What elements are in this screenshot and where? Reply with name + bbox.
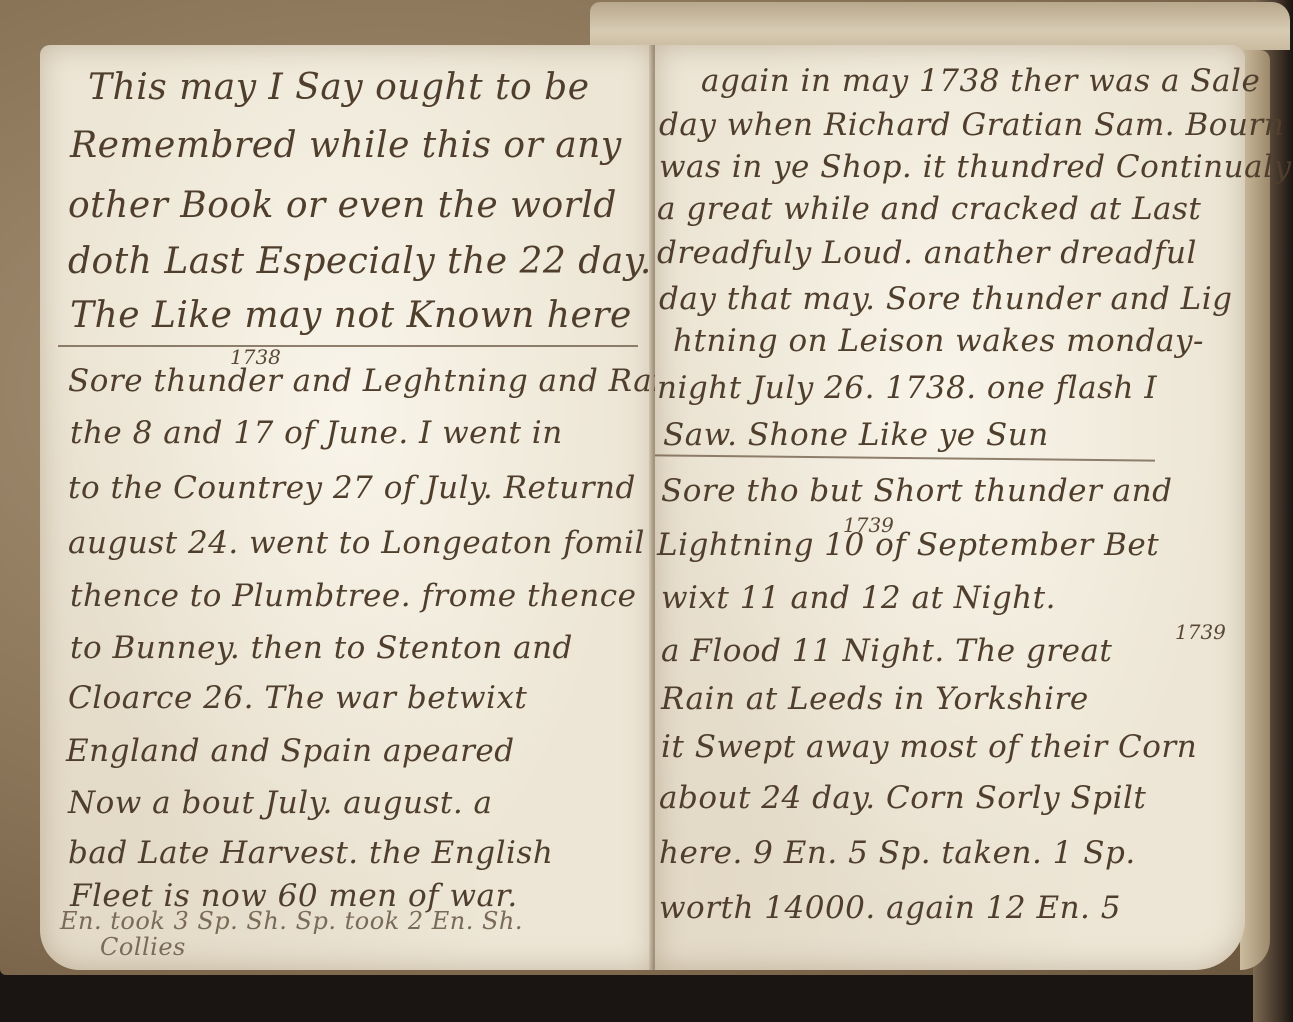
- manuscript-line: Cloarce 26. The war betwixt: [68, 680, 527, 716]
- manuscript-line: night July 26. 1738. one flash I: [657, 370, 1157, 406]
- manuscript-line: again in may 1738 ther was a Sale: [701, 63, 1260, 99]
- page-stack-top: [590, 2, 1290, 50]
- manuscript-line: This may I Say ought to be: [88, 67, 590, 108]
- manuscript-line: was in ye Shop. it thundred Continualy: [659, 149, 1292, 185]
- manuscript-line: England and Spain apeared: [66, 733, 515, 769]
- manuscript-line: august 24. went to Longeaton fomil: [68, 525, 645, 561]
- manuscript-line: Sore tho but Short thunder and: [661, 473, 1172, 509]
- manuscript-line: thence to Plumbtree. frome thence: [70, 578, 636, 614]
- manuscript-line: Remembred while this or any: [70, 125, 622, 166]
- manuscript-line: wixt 11 and 12 at Night.: [661, 580, 1056, 616]
- manuscript-line: doth Last Especialy the 22 day.: [68, 241, 652, 282]
- section-divider: [58, 345, 638, 347]
- year-annotation: 1739: [1175, 620, 1226, 644]
- manuscript-line: bad Late Harvest. the English: [68, 835, 553, 871]
- manuscript-line: Sore thunder and Leghtning and Rain: [68, 363, 683, 399]
- manuscript-line: The Like may not Known here: [70, 295, 632, 336]
- manuscript-line: to Bunney. then to Stenton and: [70, 630, 573, 666]
- left-page: This may I Say ought to be Remembred whi…: [40, 45, 655, 970]
- manuscript-line: day that may. Sore thunder and Lig: [659, 281, 1233, 317]
- manuscript-line: Saw. Shone Like ye Sun: [663, 417, 1049, 453]
- manuscript-line: Rain at Leeds in Yorkshire: [661, 681, 1089, 717]
- manuscript-footnote: Collies: [100, 933, 186, 961]
- manuscript-footnote: En. took 3 Sp. Sh. Sp. took 2 En. Sh.: [60, 907, 523, 935]
- manuscript-line: it Swept away most of their Corn: [661, 729, 1197, 765]
- manuscript-line: dreadfuly Loud. anather dreadful: [657, 235, 1197, 271]
- manuscript-line: Lightning 10 of September Bet: [657, 527, 1159, 563]
- manuscript-line: here. 9 En. 5 Sp. taken. 1 Sp.: [659, 835, 1136, 871]
- right-page: again in may 1738 ther was a Sale day wh…: [655, 45, 1245, 970]
- section-divider: [655, 454, 1155, 461]
- manuscript-line: worth 14000. again 12 En. 5: [659, 890, 1121, 926]
- manuscript-line: htning on Leison wakes monday-: [673, 323, 1204, 359]
- manuscript-line: a great while and cracked at Last: [657, 191, 1201, 227]
- manuscript-line: a Flood 11 Night. The great: [661, 633, 1112, 669]
- manuscript-line: Now a bout July. august. a: [68, 785, 493, 821]
- manuscript-line: about 24 day. Corn Sorly Spilt: [659, 780, 1146, 816]
- manuscript-line: other Book or even the world: [68, 185, 617, 226]
- manuscript-line: to the Countrey 27 of July. Returnd: [68, 470, 636, 506]
- manuscript-line: day when Richard Gratian Sam. Bourn: [659, 107, 1284, 143]
- manuscript-line: the 8 and 17 of June. I went in: [70, 415, 563, 451]
